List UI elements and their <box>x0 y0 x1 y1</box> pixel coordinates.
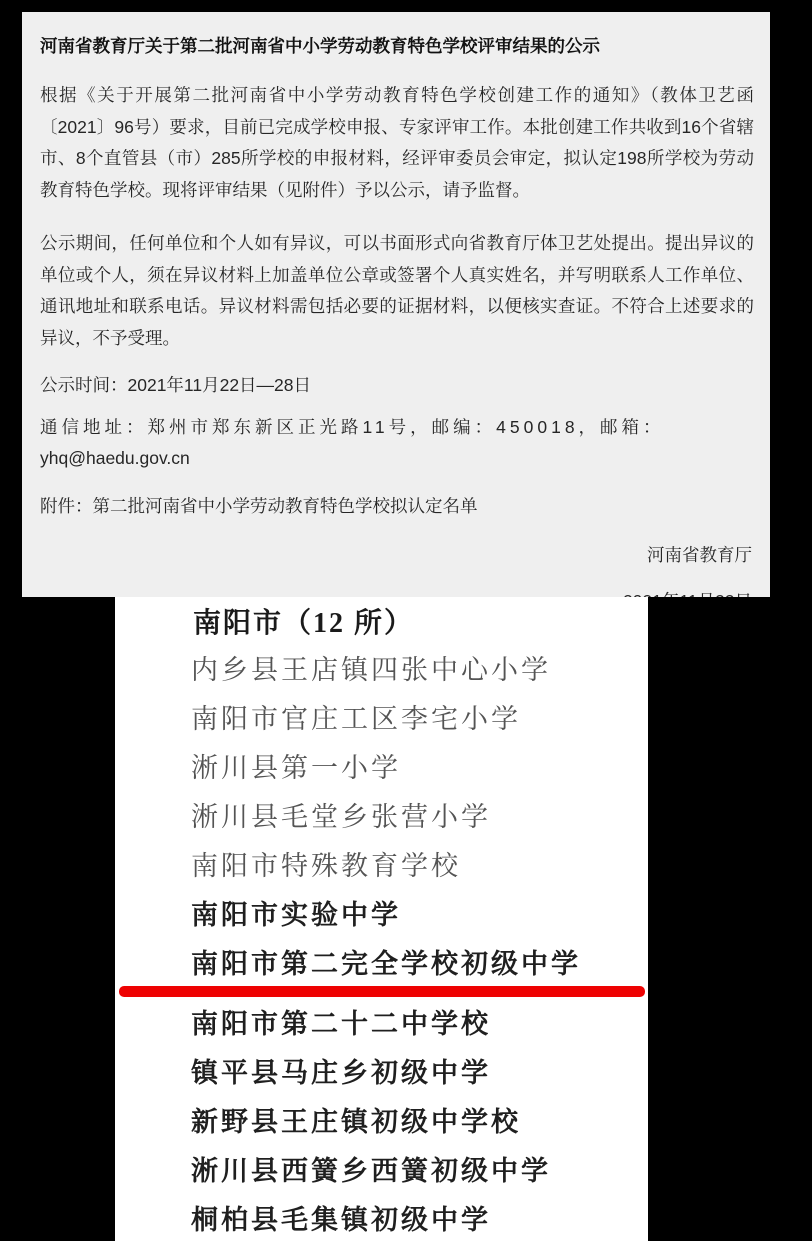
school-list-item: 南阳市特殊教育学校 <box>115 839 648 888</box>
page: 河南省教育厅关于第二批河南省中小学劳动教育特色学校评审结果的公示 根据《关于开展… <box>0 0 812 1241</box>
contact-address-line: 通信地址：郑州市郑东新区正光路11号，邮编：450018，邮箱： <box>40 412 754 444</box>
school-list-item-underlined: 南阳市第二完全学校初级中学 <box>115 937 648 986</box>
issue-date: 2021年11月22日 <box>40 586 754 598</box>
school-list-item: 淅川县第一小学 <box>115 741 648 790</box>
attachment-line: 附件：第二批河南省中小学劳动教育特色学校拟认定名单 <box>40 491 754 523</box>
school-list-item: 南阳市官庄工区李宅小学 <box>115 692 648 741</box>
school-list-item: 新野县王庄镇初级中学校 <box>115 1095 648 1144</box>
publicity-period: 公示时间：2021年11月22日—28日 <box>40 370 754 402</box>
school-list-item: 南阳市第二十二中学校 <box>115 997 648 1046</box>
document-panel: 河南省教育厅关于第二批河南省中小学劳动教育特色学校评审结果的公示 根据《关于开展… <box>22 12 770 597</box>
school-list-item: 桐柏县毛集镇初级中学 <box>115 1193 648 1241</box>
city-header: 南阳市（12 所） <box>115 599 648 643</box>
contact-email: yhq@haedu.gov.cn <box>40 443 754 475</box>
school-list-item: 淅川县西簧乡西簧初级中学 <box>115 1144 648 1193</box>
issuer-signature: 河南省教育厅 <box>40 540 754 572</box>
contact-address: 通信地址：郑州市郑东新区正光路11号，邮编：450018，邮箱： yhq@hae… <box>40 412 754 475</box>
document-paragraph-2: 公示期间，任何单位和个人如有异议，可以书面形式向省教育厅体卫艺处提出。提出异议的… <box>40 228 754 354</box>
school-list-item: 淅川县毛堂乡张营小学 <box>115 790 648 839</box>
document-title: 河南省教育厅关于第二批河南省中小学劳动教育特色学校评审结果的公示 <box>40 34 754 58</box>
school-list-item: 镇平县马庄乡初级中学 <box>115 1046 648 1095</box>
school-list-item: 内乡县王店镇四张中心小学 <box>115 643 648 692</box>
school-list-panel: 南阳市（12 所） 内乡县王店镇四张中心小学 南阳市官庄工区李宅小学 淅川县第一… <box>115 597 648 1241</box>
red-underline <box>119 986 645 997</box>
document-paragraph-1: 根据《关于开展第二批河南省中小学劳动教育特色学校创建工作的通知》（教体卫艺函〔2… <box>40 80 754 206</box>
school-list-item: 南阳市实验中学 <box>115 888 648 937</box>
